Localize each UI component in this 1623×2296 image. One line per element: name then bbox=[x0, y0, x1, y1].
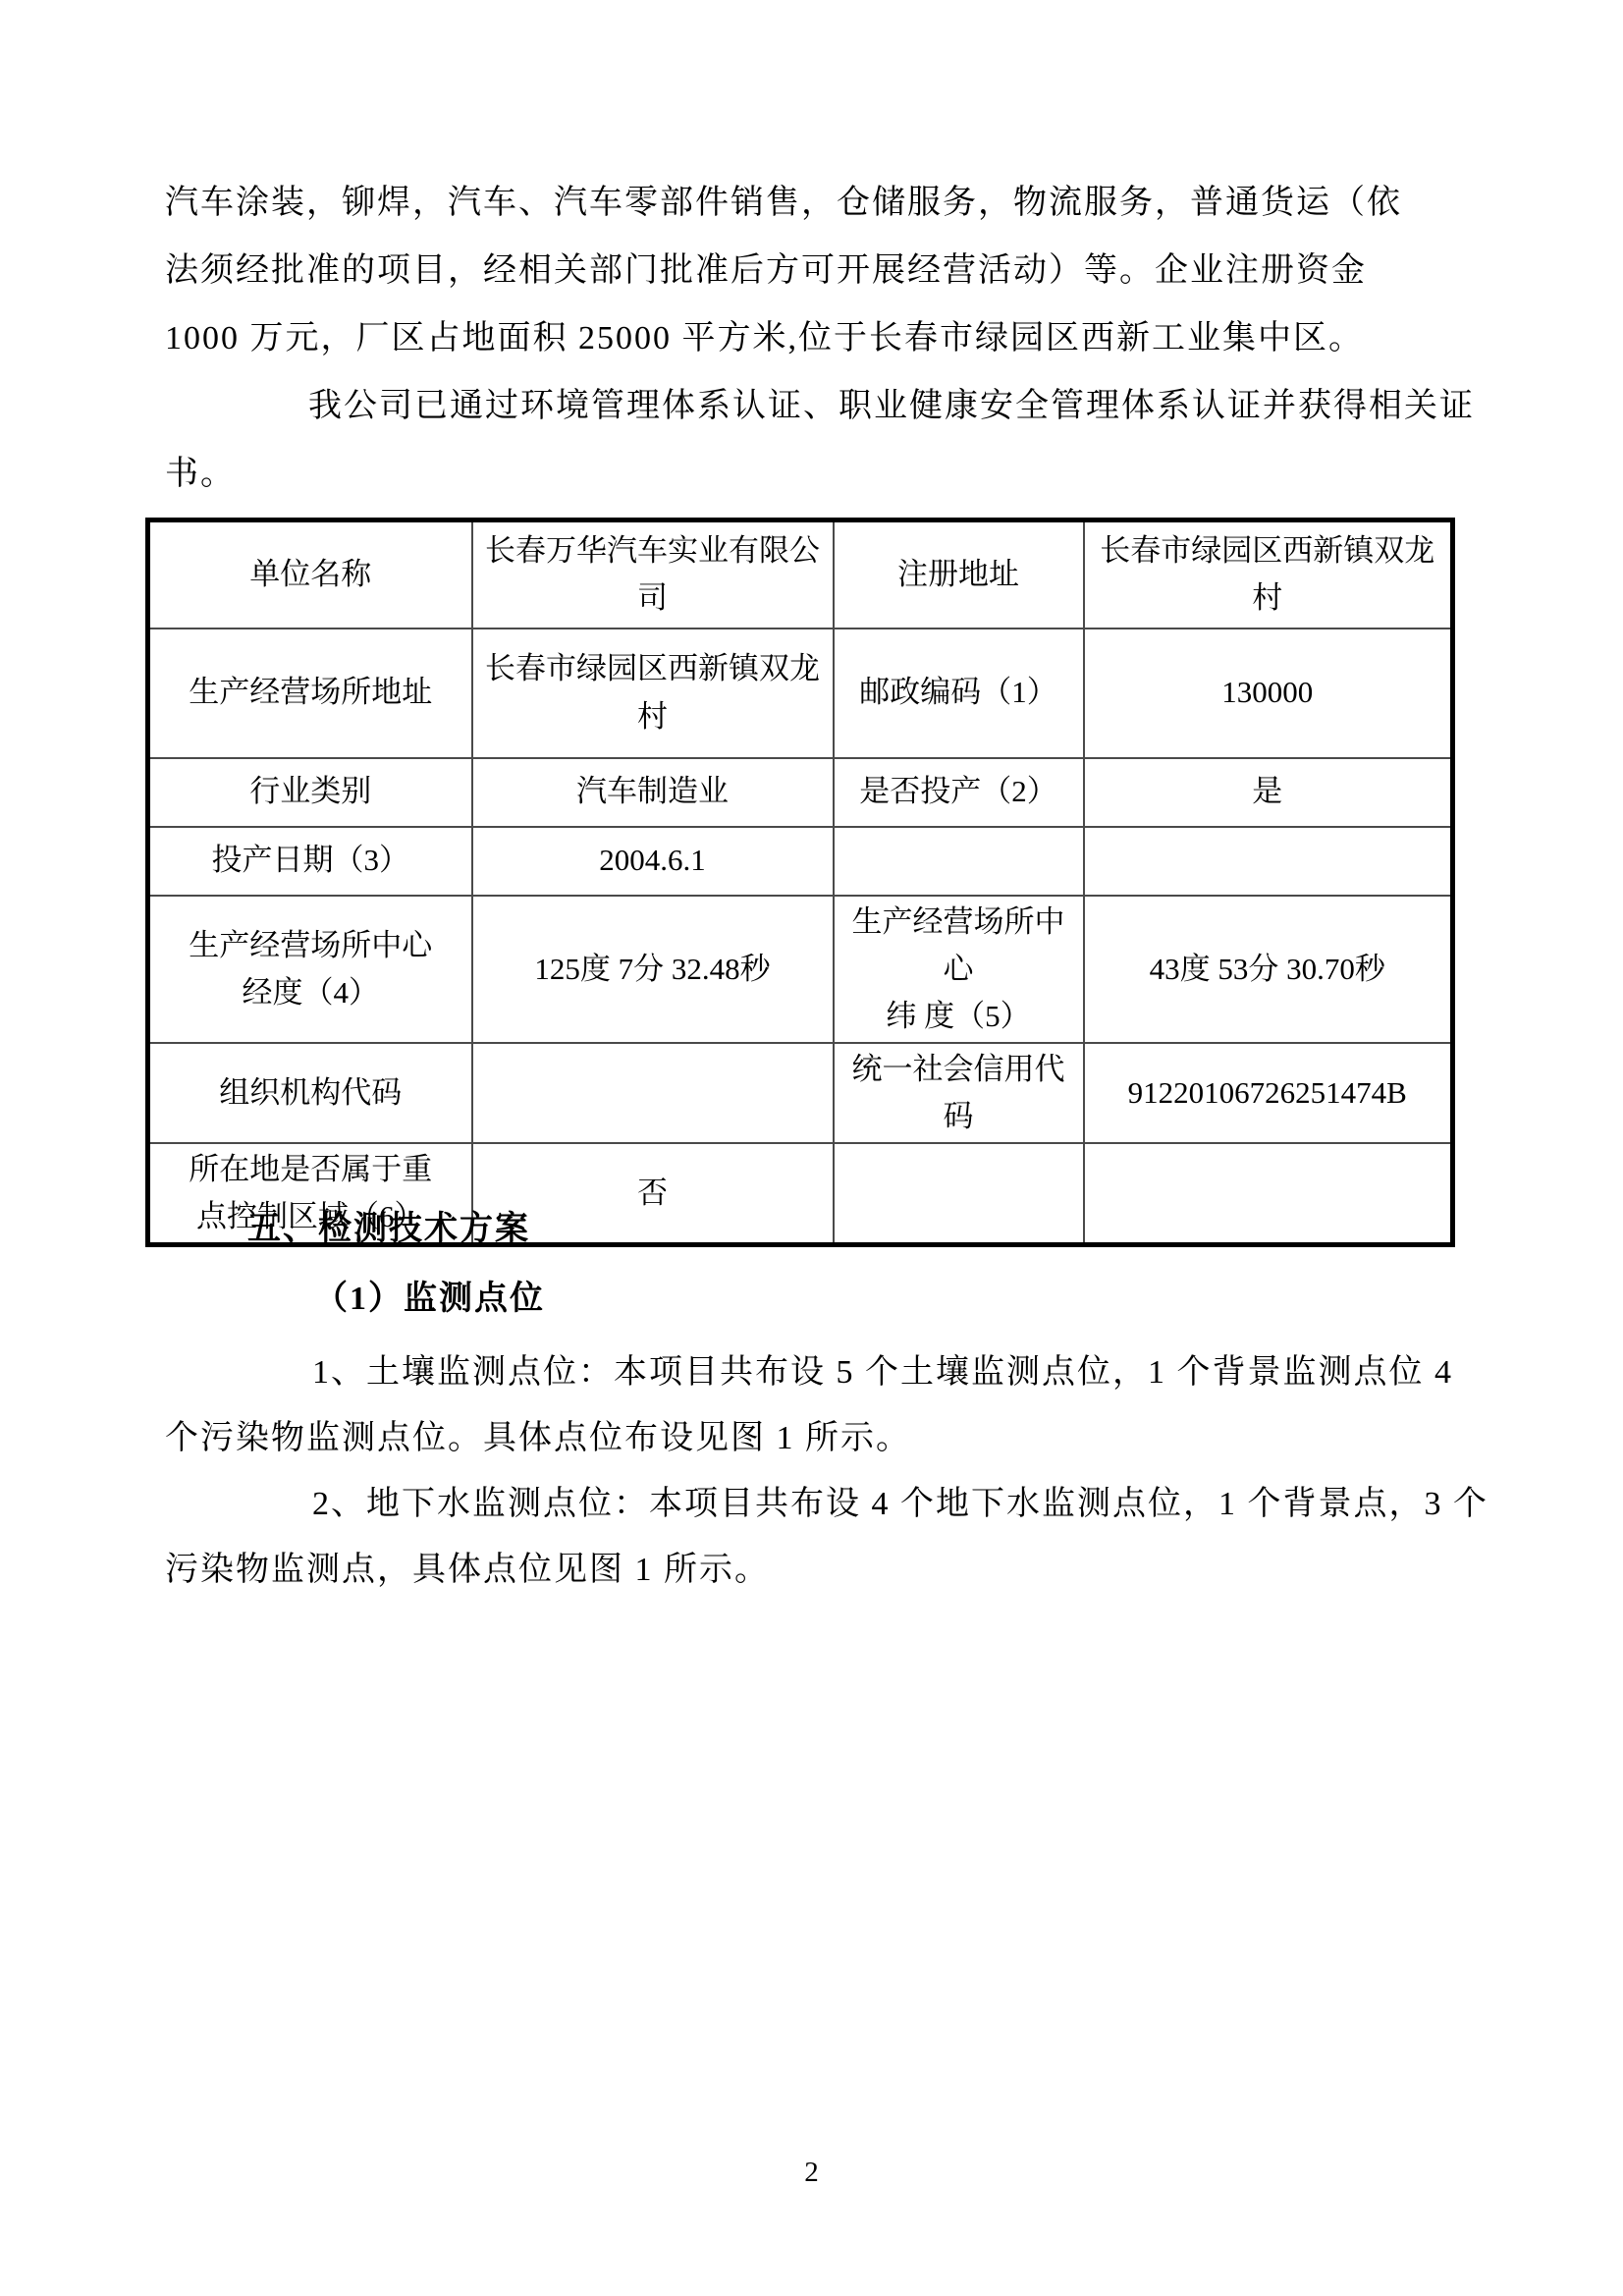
table-row: 生产经营场所中心 经度（4） 125度 7分 32.48秒 生产经营场所中心 纬… bbox=[148, 896, 1453, 1043]
table-cell-value: 汽车制造业 bbox=[472, 758, 834, 827]
table-cell-label: 生产经营场所中心 纬 度（5） bbox=[834, 896, 1084, 1043]
intro-paragraphs: 汽车涂装，铆焊，汽车、汽车零部件销售，仓储服务，物流服务，普通货运（依 法须经批… bbox=[165, 169, 1463, 508]
document-page: 汽车涂装，铆焊，汽车、汽车零部件销售，仓储服务，物流服务，普通货运（依 法须经批… bbox=[0, 0, 1623, 2296]
section-paragraphs: 1、土壤监测点位：本项目共布设 5 个土壤监测点位，1 个背景监测点位 4 个污… bbox=[165, 1339, 1463, 1603]
table-row: 单位名称 长春万华汽车实业有限公司 注册地址 长春市绿园区西新镇双龙村 bbox=[148, 520, 1453, 629]
table-cell-value: 125度 7分 32.48秒 bbox=[472, 896, 834, 1043]
table-cell-label bbox=[834, 827, 1084, 896]
table-cell-label: 单位名称 bbox=[148, 520, 472, 629]
paragraph-line: 书。 bbox=[165, 440, 1463, 508]
page-number: 2 bbox=[0, 2157, 1623, 2189]
table-cell-label: 是否投产（2） bbox=[834, 758, 1084, 827]
table-cell-label: 注册地址 bbox=[834, 520, 1084, 629]
monitoring-plan-section: 五、检测技术方案 （1）监测点位 1、土壤监测点位：本项目共布设 5 个土壤监测… bbox=[165, 1196, 1463, 1603]
table-row: 行业类别 汽车制造业 是否投产（2） 是 bbox=[148, 758, 1453, 827]
section-subheading: （1）监测点位 bbox=[165, 1266, 1463, 1332]
table-cell-value: 长春市绿园区西新镇双龙村 bbox=[472, 629, 834, 758]
table-cell-value: 43度 53分 30.70秒 bbox=[1084, 896, 1453, 1043]
table-cell-label: 行业类别 bbox=[148, 758, 472, 827]
table-row: 生产经营场所地址 长春市绿园区西新镇双龙村 邮政编码（1） 130000 bbox=[148, 629, 1453, 758]
table-cell-label: 邮政编码（1） bbox=[834, 629, 1084, 758]
table-cell-value: 91220106726251474B bbox=[1084, 1043, 1453, 1143]
paragraph-line: 个污染物监测点位。具体点位布设见图 1 所示。 bbox=[165, 1405, 1463, 1471]
table-cell-label: 统一社会信用代码 bbox=[834, 1043, 1084, 1143]
table-cell-value: 长春万华汽车实业有限公司 bbox=[472, 520, 834, 629]
paragraph-line: 1、土壤监测点位：本项目共布设 5 个土壤监测点位，1 个背景监测点位 4 bbox=[165, 1339, 1463, 1405]
table-cell-value: 长春市绿园区西新镇双龙村 bbox=[1084, 520, 1453, 629]
table-cell-value bbox=[1084, 827, 1453, 896]
table-cell-value: 是 bbox=[1084, 758, 1453, 827]
table-row: 投产日期（3） 2004.6.1 bbox=[148, 827, 1453, 896]
table-cell-value: 2004.6.1 bbox=[472, 827, 834, 896]
paragraph-line: 我公司已通过环境管理体系认证、职业健康安全管理体系认证并获得相关证 bbox=[165, 372, 1463, 440]
table-cell-label: 生产经营场所中心 经度（4） bbox=[148, 896, 472, 1043]
table-cell-value: 130000 bbox=[1084, 629, 1453, 758]
table-cell-label: 生产经营场所地址 bbox=[148, 629, 472, 758]
company-info-table: 单位名称 长春万华汽车实业有限公司 注册地址 长春市绿园区西新镇双龙村 生产经营… bbox=[145, 518, 1455, 1247]
table-row: 组织机构代码 统一社会信用代码 91220106726251474B bbox=[148, 1043, 1453, 1143]
paragraph-line: 汽车涂装，铆焊，汽车、汽车零部件销售，仓储服务，物流服务，普通货运（依 bbox=[165, 169, 1463, 237]
table-cell-value bbox=[472, 1043, 834, 1143]
section-heading: 五、检测技术方案 bbox=[165, 1196, 1463, 1262]
paragraph-line: 污染物监测点，具体点位见图 1 所示。 bbox=[165, 1537, 1463, 1603]
paragraph-line: 1000 万元，厂区占地面积 25000 平方米,位于长春市绿园区西新工业集中区… bbox=[165, 304, 1463, 372]
paragraph-line: 法须经批准的项目，经相关部门批准后方可开展经营活动）等。企业注册资金 bbox=[165, 237, 1463, 304]
paragraph-line: 2、地下水监测点位：本项目共布设 4 个地下水监测点位，1 个背景点，3 个 bbox=[165, 1471, 1463, 1537]
table-cell-label: 投产日期（3） bbox=[148, 827, 472, 896]
table-cell-label: 组织机构代码 bbox=[148, 1043, 472, 1143]
